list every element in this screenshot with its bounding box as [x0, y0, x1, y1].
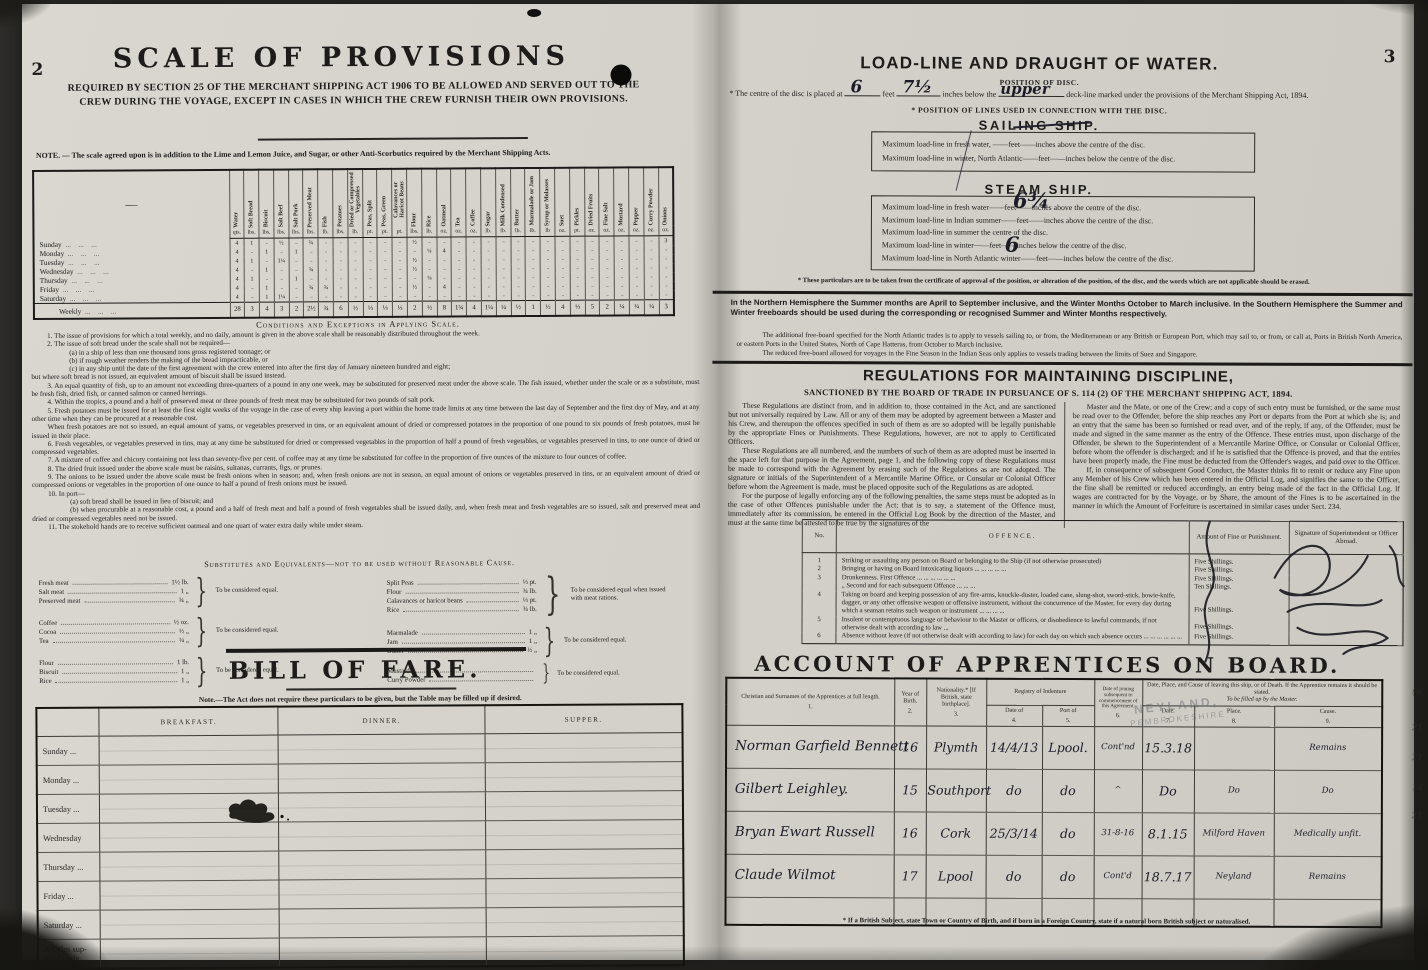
substitute-quantity: ⅓ pt. [523, 596, 537, 603]
value-cell: ... [614, 281, 629, 290]
value-cell: ... [333, 247, 348, 256]
value-cell: ... [304, 274, 319, 283]
value-cell: ... [496, 246, 511, 255]
value-cell: 4 [230, 266, 245, 275]
value-cell: ... [422, 237, 437, 247]
dotted-leader [422, 633, 525, 635]
value-cell: ... [466, 255, 481, 264]
offence-description: Absence without leave (if not otherwise … [836, 633, 1189, 645]
value-cell: ... [304, 247, 319, 256]
empty-meal-cell [100, 851, 279, 881]
value-cell: ... [511, 273, 526, 282]
provisions-title: SCALE OF PROVISIONS [27, 40, 655, 75]
provisions-column-header: Tea [451, 168, 466, 226]
value-cell: ¾ [304, 283, 319, 292]
weekly-value-cell: ⅓ [363, 301, 378, 317]
provisions-column-header: Potatoes [333, 169, 348, 227]
provisions-column-header: Salt Beef [273, 169, 288, 227]
substitute-quantity: ½ oz. [174, 619, 189, 626]
value-cell: 1 [244, 238, 259, 248]
value-cell: ... [555, 236, 570, 246]
value-cell: ... [304, 256, 319, 265]
empty-meal-cell [279, 908, 486, 938]
inches-label: inches below the [942, 90, 996, 99]
handwritten-name: Bryan Ewart Russell [735, 824, 875, 840]
empty-meal-cell [100, 764, 279, 794]
value-cell: ... [451, 237, 466, 247]
value-cell: ... [452, 255, 467, 264]
unit-cell: lbs. [244, 228, 259, 239]
unit-cell: oz. [437, 226, 452, 237]
value-cell: 1 [259, 284, 274, 293]
column-label: Peas, Split [367, 200, 373, 227]
column-label: Marmalade or Jam [529, 176, 535, 226]
value-cell: ... [348, 247, 363, 256]
provisions-column-header: Salt Pork [288, 169, 303, 227]
provisions-column-header: Milk Condensed [495, 168, 510, 226]
value-cell: ... [392, 265, 407, 274]
value-cell: ... [555, 255, 570, 264]
provisions-column-header: Mustard [614, 167, 629, 225]
offence-number: 3 [802, 574, 836, 582]
value-cell: ... [348, 274, 363, 283]
regulations-left-column: These Regulations are distinct from, and… [720, 401, 1065, 528]
unit-cell: lbs. [259, 228, 274, 239]
value-cell: ... [511, 246, 526, 255]
offence-no-header: No. [802, 520, 836, 553]
weekly-value-cell: ¾ [319, 302, 334, 318]
value-cell: ... [585, 236, 600, 246]
handwritten-value: Southport [927, 782, 991, 797]
value-cell: ... [555, 273, 570, 282]
value-cell: ... [526, 273, 541, 282]
unit-cell: lb. [348, 227, 363, 238]
unit-cell: oz. [614, 225, 629, 236]
value-cell: ... [333, 283, 348, 292]
unit-cell: oz. [629, 225, 644, 236]
value-cell: ¾ [304, 265, 319, 274]
freeboard-note: The reduced free-board allowed for voyag… [736, 348, 1402, 359]
weekly-value-cell: 4 [555, 300, 570, 316]
provisions-column-header: Fish [318, 169, 333, 227]
value-cell: ... [629, 272, 644, 281]
offence-number: 6 [802, 632, 836, 643]
leaving-date: 18.7.17 [1142, 856, 1194, 899]
substitute-list: Coffee½ oz.Cocoa½ „Tea¼ „ [39, 617, 189, 645]
substitute-quantity: 1 „ [529, 629, 537, 636]
value-cell: ... [407, 247, 422, 256]
value-cell: 4 [437, 282, 452, 291]
steam-ship-line: Maximum load-line in fresh water——feet——… [882, 201, 1244, 215]
bill-of-fare-title: BILL OF FARE. [31, 653, 679, 686]
value-cell: ... [274, 283, 289, 292]
value-cell: 1 [289, 247, 304, 256]
value-cell: ... [585, 291, 600, 301]
dotted-leader [53, 641, 175, 643]
value-cell: ... [570, 291, 585, 301]
horizontal-rule [713, 291, 1413, 296]
value-cell: ... [289, 256, 304, 265]
weekly-value-cell: 2 [600, 300, 615, 316]
column-label: Syrup or Molasses [544, 179, 550, 226]
provisions-column-header: Preserved Meat [303, 169, 318, 227]
apprentice-nationality-header: Nationality.* [If British, state birthpl… [926, 679, 986, 727]
weekly-value-cell: ¼ [615, 300, 630, 316]
handwritten-note: 31-8-16 [1101, 829, 1134, 839]
unit-cell: lb. [525, 226, 540, 237]
value-cell: 1¼ [274, 292, 289, 302]
dotted-leader [405, 592, 518, 594]
value-cell: 1 [259, 248, 274, 257]
weekly-value-cell: 2 [407, 301, 422, 317]
unit-cell: lb. [481, 226, 496, 237]
dotted-leader [403, 610, 519, 612]
value-cell: ... [659, 245, 674, 254]
unit-cell: lb. [422, 227, 437, 238]
bill-of-fare-day: Articles sup- plied daily [38, 939, 101, 969]
value-cell: ... [422, 283, 437, 292]
weekly-value-cell: ½ [348, 302, 363, 318]
value-cell: ... [570, 236, 585, 246]
column-label: Salt Pork [293, 203, 299, 227]
value-cell: ... [393, 283, 408, 292]
column-label: Peas, Green [382, 196, 388, 227]
apprentice-row: Gilbert Leighley.15Southportdodo^DoDoDo [726, 768, 1382, 813]
substitute-row: Rice¾ lb. [387, 603, 537, 613]
handwritten-value: 15 [902, 782, 918, 797]
meal-column-header: DINNER. [278, 705, 485, 735]
value-cell: ... [363, 256, 378, 265]
handwritten-value: do [1006, 783, 1022, 798]
value-cell: ... [555, 264, 570, 273]
column-label: Pickles [574, 208, 580, 226]
unit-cell: lb. [318, 227, 333, 238]
dotted-leader [418, 583, 519, 585]
dotted-leader [61, 623, 170, 625]
value-cell: ¾ [319, 283, 334, 292]
substitute-name: Cocoa [39, 629, 56, 636]
column-label: Mustard [618, 203, 624, 225]
registry-date-header: Date of4. [986, 705, 1042, 726]
value-cell: ... [644, 281, 659, 290]
value-cell: ... [600, 263, 615, 272]
value-cell: 4 [230, 275, 245, 284]
value-cell: ... [377, 237, 392, 247]
steam-ship-line: Maximum load-line in Indian summer——feet… [882, 214, 1244, 228]
column-label: Preserved Meat [308, 187, 314, 227]
value-cell: ... [244, 266, 259, 275]
sailing-ship-line: Maximum load-line in fresh water, ——feet… [882, 137, 1244, 152]
empty-meal-cell [485, 733, 682, 763]
column-label: Onions [663, 207, 669, 225]
bill-of-fare-row: Monday ... [37, 762, 683, 795]
value-cell: 4 [437, 246, 452, 255]
empty-meal-cell [486, 791, 683, 821]
leaving-place: Do [1194, 770, 1274, 813]
apprentices-table: Christian and Surnames of the Apprentice… [724, 677, 1383, 928]
page-right: 3 LOAD-LINE AND DRAUGHT OF WATER. POSITI… [710, 9, 1425, 959]
handwritten-value: do [1060, 869, 1076, 884]
empty-meal-cell [486, 762, 683, 792]
dotted-leader [68, 592, 176, 594]
value-cell: ... [644, 245, 659, 254]
value-cell: 4 [230, 293, 245, 303]
value-cell: ... [393, 292, 408, 302]
handwritten-value: 16 [902, 825, 918, 840]
empty-meal-cell [101, 938, 280, 969]
handwritten-name: Norman Garfield Bennett [735, 738, 909, 755]
value-cell: ... [481, 291, 496, 301]
bill-of-fare-row: Saturday ... [38, 907, 684, 940]
pencil-margin-mark: 21 [1412, 723, 1423, 733]
value-cell: ... [318, 256, 333, 265]
value-cell: ... [348, 292, 363, 302]
weekly-value-cell: 2 [289, 302, 304, 318]
value-cell: ... [289, 238, 304, 248]
provisions-column-header: Sugar [481, 168, 496, 226]
offence-number [802, 582, 836, 590]
value-cell: ... [363, 292, 378, 302]
value-cell: ... [511, 255, 526, 264]
handwritten-value: Do [1228, 786, 1240, 796]
unit-cell: lbs. [407, 227, 422, 238]
unit-cell: oz. [585, 226, 600, 237]
provisions-column-header: Coffee [466, 168, 481, 226]
value-cell: ... [452, 264, 467, 273]
disc-line-prefix: * The centre of the disc is placed at [729, 89, 842, 98]
value-cell: ... [659, 254, 674, 263]
value-cell: ... [274, 274, 289, 283]
value-cell: ... [540, 236, 555, 246]
ink-blot [224, 792, 304, 826]
value-cell: ... [629, 254, 644, 263]
handwritten-note: ^ [1114, 786, 1121, 796]
weekly-label: Weekly [34, 302, 230, 319]
empty-meal-cell [100, 880, 279, 910]
column-label: Coffee [470, 210, 476, 227]
offence-description: Taking on board and keeping possession o… [836, 591, 1189, 617]
disc-footnote: * These particulars are to be taken from… [713, 277, 1395, 286]
provisions-column-header: Fine Salt [599, 167, 614, 225]
apprentice-row: Bryan Ewart Russell16Cork25/3/14do31-8-1… [726, 811, 1382, 856]
registry-port: do [1042, 813, 1094, 856]
value-cell: ... [526, 264, 541, 273]
regulation-paragraph: These Regulations are distinct from, and… [728, 401, 1056, 447]
empty-meal-cell [279, 792, 486, 822]
value-cell: ½ [407, 265, 422, 274]
unit-cell: lbs. [289, 227, 304, 238]
registry-port: do [1042, 856, 1094, 899]
value-cell: ... [585, 282, 600, 291]
meal-column-header: BREAKFAST. [99, 707, 278, 737]
value-cell: ... [244, 248, 259, 257]
provisions-column-header: Pickles [569, 168, 584, 226]
provisions-column-header: Flour [407, 169, 422, 227]
value-cell: ... [644, 254, 659, 263]
handwritten-value: Neyland [1216, 872, 1252, 882]
registry-port: do [1042, 770, 1094, 813]
value-cell: ... [555, 246, 570, 255]
steam-ship-line: Maximum load-line in winter——feet——inche… [882, 239, 1244, 253]
handwritten-value: Medically unfit. [1294, 829, 1361, 839]
leaving-date: 8.1.15 [1142, 813, 1194, 856]
empty-meal-cell [486, 849, 683, 879]
sailing-ship-box: Maximum load-line in fresh water, ——feet… [871, 131, 1255, 172]
weekly-value-cell: ⅓ [393, 301, 408, 317]
registry-of-indenture-header: Registry of Indenture [986, 679, 1094, 706]
provisions-column-header: Soft Bread [244, 170, 259, 228]
value-cell: ... [466, 273, 481, 282]
value-cell: ... [496, 273, 511, 282]
value-cell: ... [437, 237, 452, 247]
provisions-column-header: Rice [421, 169, 436, 227]
apprentice-rows: Norman Garfield Bennett16Plymth14/4/13Lp… [725, 725, 1382, 927]
meal-column-header: SUPPER. [485, 704, 682, 734]
offence-number: 4 [802, 591, 836, 616]
page-left: 2 SCALE OF PROVISIONS REQUIRED BY SECTIO… [27, 8, 711, 960]
provisions-column-header: Dried Fruits [584, 168, 599, 226]
substitute-quantity: 1½ lb. [171, 579, 188, 586]
handwritten-value: do [1060, 783, 1076, 798]
inches-handwritten-value: 7½ [902, 77, 932, 97]
value-cell: ... [348, 256, 363, 265]
value-cell: ... [422, 292, 437, 302]
provisions-column-header: Biscuit [259, 170, 274, 228]
inches-blank: 7½ [896, 95, 940, 96]
equivalence-note: To be considered equal. [214, 586, 321, 594]
substitute-quantity: 1 „ [181, 588, 189, 595]
column-label: Water [234, 212, 240, 228]
value-cell: ... [422, 265, 437, 274]
value-cell: ... [363, 247, 378, 256]
empty-meal-cell [278, 763, 485, 793]
value-cell: ... [378, 247, 393, 256]
regulations-right-column: Master and the Mate, or one of the Crew;… [1064, 402, 1408, 529]
value-cell: ... [511, 291, 526, 301]
value-cell: ... [363, 237, 378, 247]
empty-meal-cell [279, 821, 486, 851]
equivalence-note: To be considered equal. [562, 636, 669, 644]
value-cell: ... [540, 246, 555, 255]
value-cell: ... [452, 246, 467, 255]
value-cell: ... [274, 247, 289, 256]
empty-meal-cell [278, 734, 485, 764]
substitute-name: Calavances or haricot beans [387, 597, 463, 604]
apprentice-nationality: Cork [926, 812, 986, 855]
value-cell: ... [629, 263, 644, 272]
bill-of-fare-row: Friday ... [37, 878, 683, 911]
weekly-value-cell: ¼ [629, 300, 644, 316]
steam-freshwater-handwritten: 6¾ [1013, 188, 1050, 213]
conditions-text: 1. The issue of provisions for which a t… [31, 328, 700, 531]
hemisphere-paragraph: In the Northern Hemisphere the Summer mo… [731, 298, 1403, 321]
value-cell: ... [600, 290, 615, 300]
value-cell: ... [629, 281, 644, 290]
unit-cell: oz. [466, 226, 481, 237]
value-cell: ... [555, 291, 570, 301]
weekly-value-cell: ⅓ [378, 301, 393, 317]
substitute-name: Coffee [39, 620, 57, 627]
handwritten-value: do [1060, 826, 1076, 841]
value-cell: ... [496, 237, 511, 247]
provisions-column-header: Butter [510, 168, 525, 226]
substitute-quantity: ¾ lb. [523, 605, 537, 612]
value-cell: ... [304, 292, 319, 302]
title-rule [258, 137, 528, 141]
column-label: Curry Powder [648, 188, 654, 225]
value-cell: ... [585, 264, 600, 273]
bill-of-fare-day: Saturday ... [38, 910, 101, 939]
leaving-date: 15.3.18 [1142, 727, 1194, 770]
registry-port-header: Port of5. [1042, 705, 1094, 726]
weekly-value-cell: 28 [230, 302, 245, 318]
provisions-column-header: Pepper [629, 167, 644, 225]
value-cell: ½ [407, 256, 422, 265]
regulations-columns: These Regulations are distinct from, and… [720, 401, 1408, 529]
substitute-name: Salt meat [39, 589, 65, 596]
substitute-quantity: ¾ lb. [523, 587, 537, 594]
column-label: Biscuit [263, 210, 269, 228]
bill-of-fare-day: Wednesday [37, 823, 100, 852]
value-cell: ... [318, 274, 333, 283]
value-cell: ... [289, 283, 304, 292]
unit-cell: pt. [570, 226, 585, 237]
registry-date: do [986, 769, 1042, 812]
apprentice-birth-year: 15 [894, 769, 926, 812]
bill-of-fare-row: Wednesday [37, 820, 683, 853]
value-cell: ... [481, 273, 496, 282]
feet-label: feet [882, 89, 894, 98]
handwritten-value: 15.3.18 [1144, 740, 1192, 755]
steam-ship-line: Maximum load-line in North Atlantic wint… [882, 252, 1244, 266]
value-cell: ... [245, 284, 260, 293]
unit-cell: lb. [496, 226, 511, 237]
pencil-margin-mark: 21 [1412, 753, 1423, 763]
weekly-value-cell: 4 [259, 302, 274, 318]
bill-of-fare-day: Friday ... [37, 881, 100, 910]
value-cell: ½ [274, 238, 289, 248]
apprentice-birth-year: 17 [894, 855, 926, 898]
freeboard-notes: The additional free-board specified for … [736, 331, 1402, 360]
provisions-weekly-row: Weekly2834322½¾6½⅓⅓⅓2½81¾41¼¼½1½4⅓52¼¼¼3 [34, 300, 674, 319]
leaving-cause-header: Cause.9. [1274, 706, 1382, 728]
column-label: Flour [411, 212, 417, 226]
dotted-leader [408, 651, 523, 653]
value-cell: ... [318, 265, 333, 274]
value-cell: ... [348, 283, 363, 292]
value-cell: ... [585, 273, 600, 282]
bill-of-fare-row: Thursday ... [37, 849, 683, 882]
value-cell: ... [629, 245, 644, 254]
value-cell: ... [644, 272, 659, 281]
value-cell: ... [496, 264, 511, 273]
bill-of-fare-day: Thursday ... [37, 852, 100, 881]
bill-of-fare-row: Sunday ... [37, 733, 683, 766]
handwritten-value: 16 [902, 739, 918, 754]
weekly-value-cell: 3 [245, 302, 260, 318]
handwritten-note: Cont'd [1103, 872, 1131, 882]
disc-line-suffix: deck-line marked under the provisions of… [1066, 90, 1308, 100]
value-cell: ... [318, 247, 333, 256]
value-cell: 4 [230, 284, 245, 293]
bill-of-fare-day: Sunday ... [37, 736, 100, 765]
scanned-book-spread: 2 SCALE OF PROVISIONS REQUIRED BY SECTIO… [0, 0, 1428, 970]
value-cell: ... [467, 291, 482, 301]
column-label: Soft Bread [248, 200, 254, 227]
handwritten-note: Cont'nd [1101, 743, 1135, 753]
value-cell: ... [333, 256, 348, 265]
unit-cell: oz. [599, 225, 614, 236]
